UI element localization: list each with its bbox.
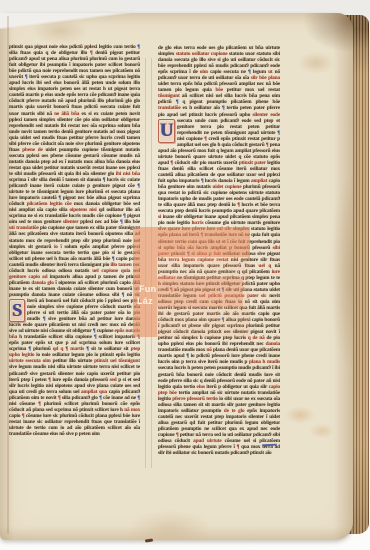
text-column-left: ptinxit qua pigeat noie eius pdictũ pple… [9, 44, 140, 461]
manuscript-photo: ptinxit qua pigeat noie eius pdictũ pple… [0, 0, 370, 550]
bottom-edge-mark [145, 538, 153, 542]
column-ruling-line [151, 58, 152, 468]
decorated-initial-s: S [9, 299, 25, 322]
column-ruling-line [145, 58, 146, 468]
page-top-edge-curve [0, 13, 130, 29]
decorated-initial-u: U [158, 119, 175, 143]
text-column-right: de glo eius terra eode oes glo pilcatõem… [158, 45, 280, 460]
